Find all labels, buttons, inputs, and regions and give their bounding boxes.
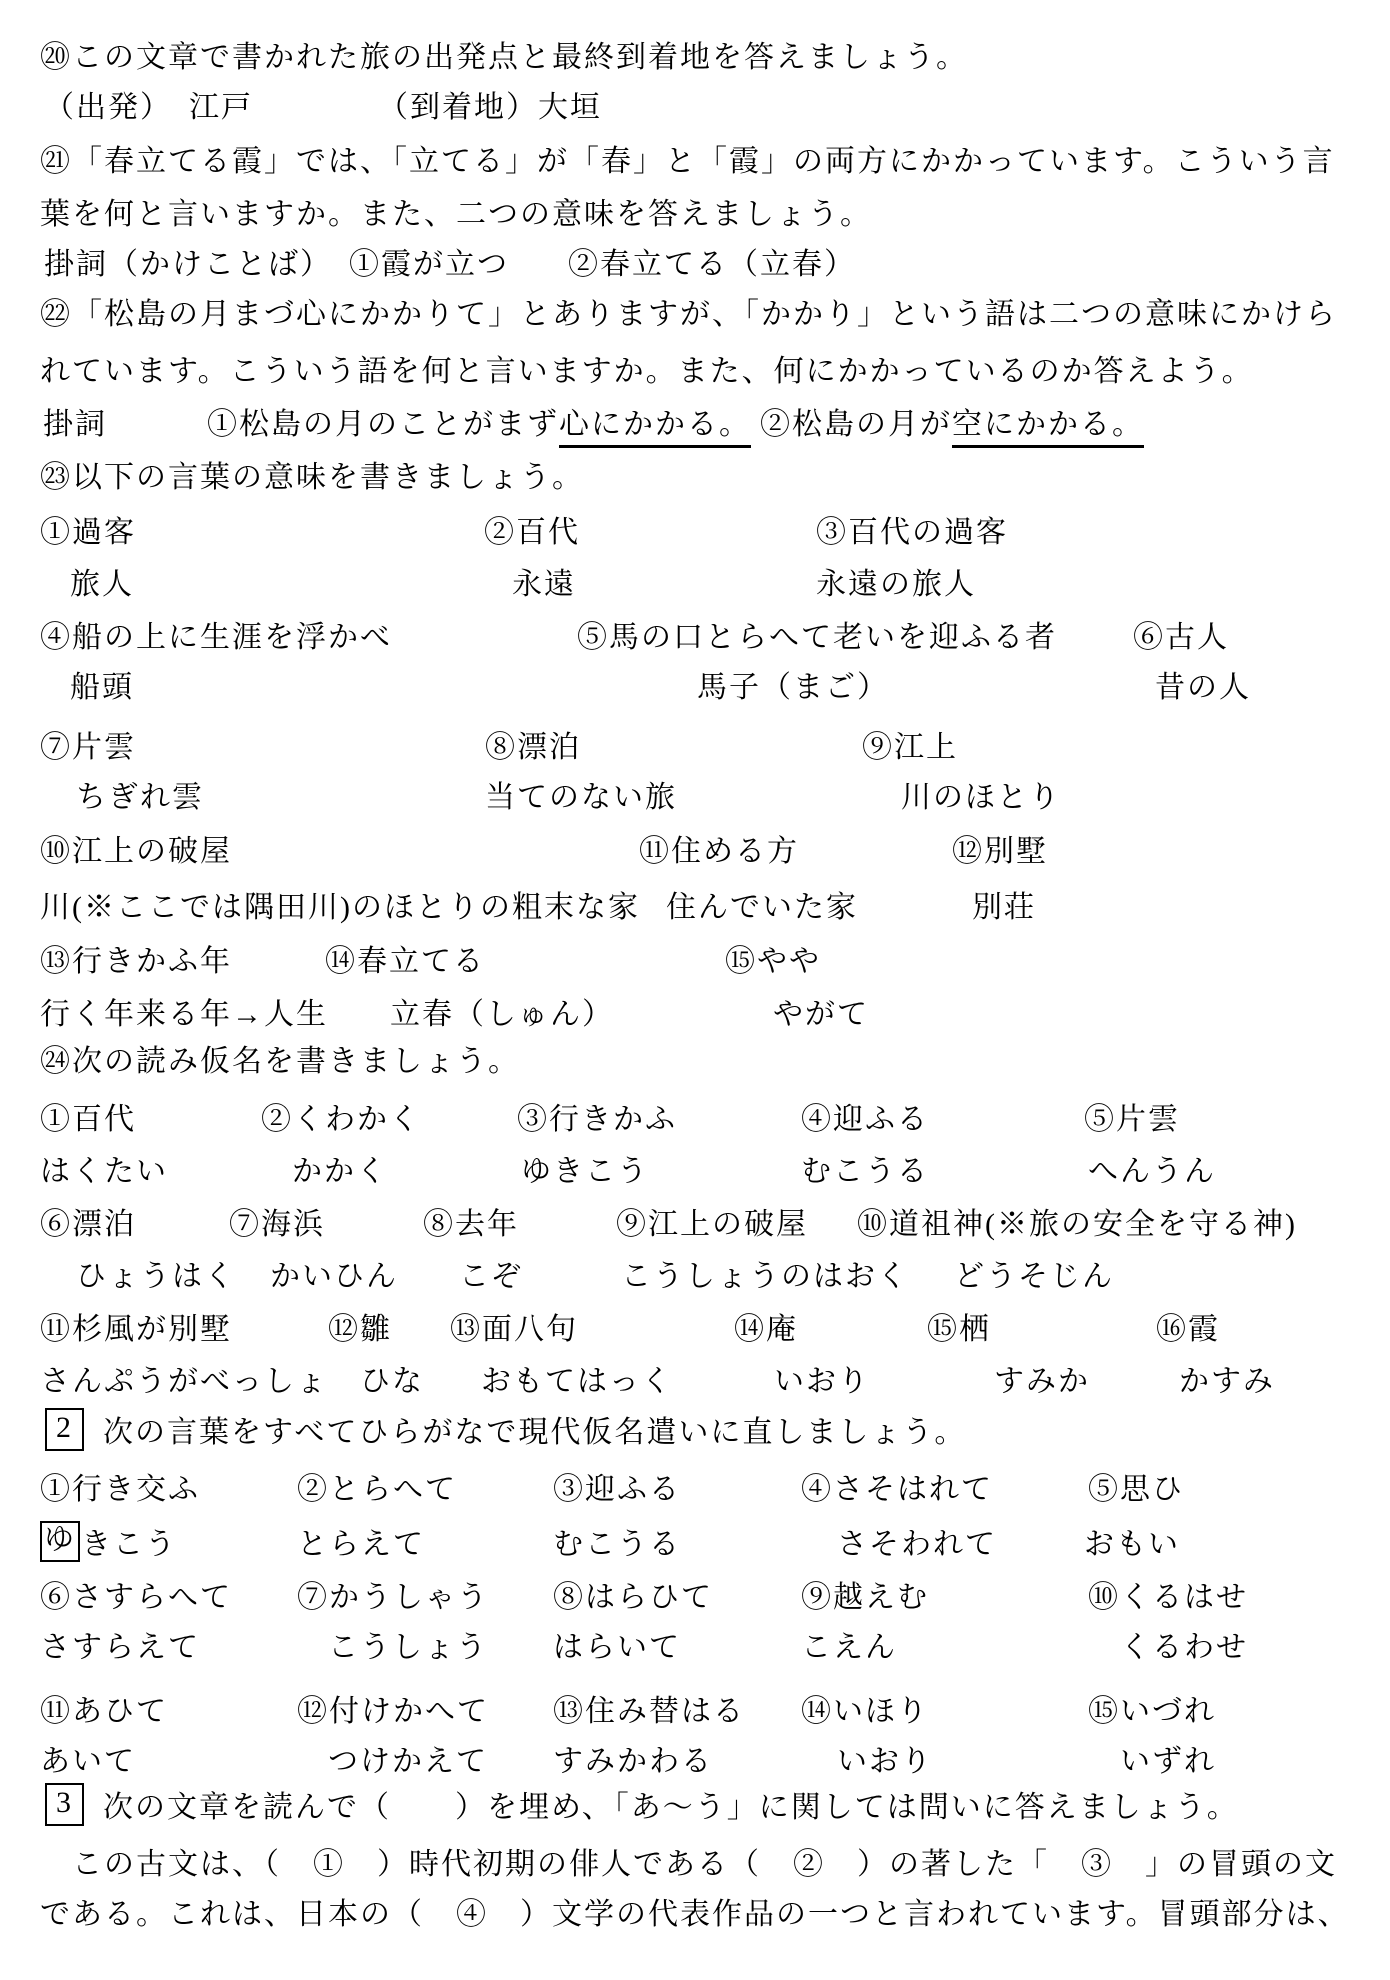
- text-run: きこう: [81, 1528, 177, 1561]
- text-segment: ㉔次の読み仮名を書きましょう。: [40, 1043, 520, 1081]
- text-segment: ⑭春立てる: [325, 943, 485, 981]
- text-run: ㉔次の読み仮名を書きましょう。: [40, 1045, 520, 1078]
- text-run: ⑦かうしゃう: [297, 1581, 489, 1614]
- text-run: 掛詞: [43, 408, 107, 441]
- text-run: さそわれて: [837, 1528, 997, 1561]
- text-run: おもてはっく: [481, 1365, 673, 1398]
- document-line-30: ⑥さすらへて⑦かうしゃう⑧はらひて⑨越えむ⑩くるはせ: [0, 1579, 1390, 1625]
- text-run: ③行きかふ: [517, 1103, 677, 1136]
- boxed-character: ゆ: [40, 1521, 80, 1562]
- document-line-13: 船頭馬子（まご）昔の人: [0, 669, 1390, 715]
- text-segment: ⑫別墅: [952, 833, 1048, 871]
- text-segment: 行く年来る年→人生: [40, 996, 328, 1034]
- text-segment: やがて: [773, 996, 869, 1034]
- document-line-6: ㉒「松島の月まづ心にかかりて」とありますが、「かかり」という語は二つの意味にかけ…: [0, 296, 1390, 342]
- document-line-9: ㉓以下の言葉の意味を書きましょう。: [0, 459, 1390, 505]
- text-segment: いおり: [837, 1743, 933, 1781]
- document-line-33: あいてつけかえてすみかわるいおりいずれ: [0, 1743, 1390, 1789]
- text-segment: 立春（しゅん）: [390, 996, 614, 1034]
- text-segment: ⑮いづれ: [1088, 1693, 1216, 1731]
- document-line-19: 行く年来る年→人生立春（しゅん）やがて: [0, 996, 1390, 1042]
- text-segment: 船頭: [70, 669, 134, 707]
- text-segment: ⑬住み替はる: [553, 1693, 745, 1731]
- document-line-2: （出発） 江戸（到着地）大垣: [0, 89, 1390, 135]
- text-segment: ③行きかふ: [517, 1101, 677, 1139]
- text-run: こぞ: [459, 1260, 523, 1293]
- text-segment: こぞ: [459, 1258, 523, 1296]
- text-run: ③百代の過客: [816, 516, 1008, 549]
- text-segment: かかく: [292, 1153, 388, 1191]
- text-run: かいひん: [270, 1260, 398, 1293]
- text-segment: ⑫雛: [328, 1311, 392, 1349]
- text-segment: （到着地）大垣: [378, 89, 602, 127]
- text-segment: かすみ: [1179, 1363, 1275, 1401]
- text-run: あいて: [40, 1745, 136, 1778]
- text-run: ⑨江上: [862, 731, 958, 764]
- text-run: 行く年来る年→人生: [40, 998, 328, 1031]
- text-segment: ちぎれ雲: [76, 779, 204, 817]
- text-run: ①行き交ふ: [40, 1473, 200, 1506]
- text-run: ②とらへて: [297, 1473, 457, 1506]
- text-run: ⑬行きかふ年: [40, 945, 232, 978]
- text-run: どうそじん: [954, 1260, 1114, 1293]
- text-segment: ⑥さすらへて: [40, 1579, 232, 1617]
- text-run: 当てのない旅: [485, 781, 677, 814]
- text-segment: ⑬行きかふ年: [40, 943, 232, 981]
- text-run: 次の言葉をすべてひらがなで現代仮名遣いに直しましょう。: [103, 1416, 966, 1449]
- text-run: ①霞が立つ: [349, 248, 509, 281]
- text-run: ⑭いほり: [801, 1695, 929, 1728]
- text-run: ⑮やや: [725, 945, 821, 978]
- text-segment: ⑤片雲: [1084, 1101, 1180, 1139]
- text-segment: 昔の人: [1155, 669, 1251, 707]
- text-run: むこうる: [553, 1528, 681, 1561]
- text-segment: ①過客: [40, 514, 136, 552]
- text-segment: ⑳この文章で書かれた旅の出発点と最終到着地を答えましょう。: [40, 39, 968, 77]
- text-run: ⑮栖: [927, 1313, 991, 1346]
- text-segment: ⑮栖: [927, 1311, 991, 1349]
- document-line-14: ⑦片雲⑧漂泊⑨江上: [0, 729, 1390, 775]
- text-segment: ④船の上に生涯を浮かべ: [40, 619, 392, 657]
- text-run: いおり: [837, 1745, 933, 1778]
- text-segment: 永遠: [512, 566, 576, 604]
- text-segment: ③百代の過客: [816, 514, 1008, 552]
- text-run: ④さそはれて: [801, 1473, 993, 1506]
- text-segment: いおり: [774, 1363, 870, 1401]
- text-run: 葉を何と言いますか。また、二つの意味を答えましょう。: [40, 198, 872, 231]
- text-run: ⑩くるはせ: [1088, 1581, 1248, 1614]
- document-line-21: ①百代②くわかく③行きかふ④迎ふる⑤片雲: [0, 1101, 1390, 1147]
- text-segment: むこうる: [553, 1526, 681, 1564]
- text-run: れています。こういう語を何と言いますか。また、何にかかっているのか答えよう。: [40, 355, 1254, 388]
- text-segment: ⑩江上の破屋: [40, 833, 232, 871]
- text-run: くるわせ: [1120, 1631, 1248, 1664]
- text-segment: つけかえて: [328, 1743, 488, 1781]
- text-segment: ㉒「松島の月まづ心にかかりて」とありますが、「かかり」という語は二つの意味にかけ…: [40, 296, 1337, 334]
- text-segment: ⑭いほり: [801, 1693, 929, 1731]
- text-run: である。これは、日本の（ ④ ）文学の代表作品の一つと言われています。冒頭部分は…: [40, 1898, 1350, 1931]
- text-segment: ⑦かうしゃう: [297, 1579, 489, 1617]
- text-segment: ②百代: [484, 514, 580, 552]
- text-run: （出発） 江戸: [44, 91, 253, 124]
- text-run: ゆきこう: [521, 1155, 649, 1188]
- text-run: むこうる: [801, 1155, 929, 1188]
- text-run: 旅人: [70, 568, 134, 601]
- text-segment: こえん: [801, 1629, 897, 1667]
- text-segment: こうしょうのはおく: [621, 1258, 909, 1296]
- text-segment: ひな: [360, 1363, 424, 1401]
- text-run: ひな: [360, 1365, 424, 1398]
- text-run: 永遠の旅人: [816, 568, 976, 601]
- text-segment: ⑦海浜: [229, 1206, 325, 1244]
- text-segment: くるわせ: [1120, 1629, 1248, 1667]
- text-segment: ⑦片雲: [40, 729, 136, 767]
- text-run: ⑫付けかへて: [297, 1695, 489, 1728]
- text-run: ①過客: [40, 516, 136, 549]
- text-run: ⑥漂泊: [40, 1208, 136, 1241]
- text-run: ②春立てる（立春）: [568, 248, 856, 281]
- text-segment: ⑨江上の破屋: [616, 1206, 808, 1244]
- document-line-1: ⑳この文章で書かれた旅の出発点と最終到着地を答えましょう。: [0, 39, 1390, 85]
- text-segment: はらいて: [553, 1629, 681, 1667]
- text-run: いずれ: [1120, 1745, 1216, 1778]
- section-number: 3: [45, 1783, 84, 1826]
- text-segment: どうそじん: [954, 1258, 1114, 1296]
- section-number-box: 2: [45, 1414, 84, 1457]
- text-run: 船頭: [70, 671, 134, 704]
- text-segment: ⑨越えむ: [801, 1579, 929, 1617]
- text-run: ⑦片雲: [40, 731, 136, 764]
- text-segment: ゆきこう: [521, 1153, 649, 1191]
- text-segment: ⑮やや: [725, 943, 821, 981]
- text-segment: ⑪住める方: [639, 833, 799, 871]
- text-run: ⑨江上の破屋: [616, 1208, 808, 1241]
- text-run: ⑪杉風が別墅: [40, 1313, 232, 1346]
- text-run: はらいて: [553, 1631, 681, 1664]
- text-segment: ④迎ふる: [801, 1101, 929, 1139]
- document-line-34: 3次の文章を読んで（ ）を埋め、「あ～う」に関しては問いに答えましょう。: [0, 1789, 1390, 1835]
- document-line-27: 2次の言葉をすべてひらがなで現代仮名遣いに直しましょう。: [0, 1414, 1390, 1460]
- document-line-26: さんぷうがべっしょひなおもてはっくいおりすみかかすみ: [0, 1363, 1390, 1409]
- text-run: 別荘: [972, 891, 1036, 924]
- text-segment: ㉑「春立てる霞」では、「立てる」が「春」と「霞」の両方にかかっています。こういう…: [40, 143, 1335, 181]
- text-run: 住んでいた家: [666, 891, 858, 924]
- text-segment: ⑪あひて: [40, 1693, 168, 1731]
- text-run: ちぎれ雲: [76, 781, 204, 814]
- text-run: ㉓以下の言葉の意味を書きましょう。: [40, 461, 584, 494]
- text-segment: さすらえて: [40, 1629, 200, 1667]
- text-run: ①松島の月のことがまず: [207, 408, 559, 441]
- underlined-text: 心にかかる。: [559, 408, 751, 448]
- text-run: いおり: [774, 1365, 870, 1398]
- document-line-5: 掛詞（かけことば）①霞が立つ②春立てる（立春）: [0, 246, 1390, 292]
- text-segment: ①百代: [40, 1101, 136, 1139]
- worksheet-page: ⑳この文章で書かれた旅の出発点と最終到着地を答えましょう。（出発） 江戸（到着地…: [0, 0, 1390, 1980]
- text-run: つけかえて: [328, 1745, 488, 1778]
- document-line-31: さすらえてこうしょうはらいてこえんくるわせ: [0, 1629, 1390, 1675]
- text-segment: である。これは、日本の（ ④ ）文学の代表作品の一つと言われています。冒頭部分は…: [40, 1896, 1350, 1934]
- text-run: さんぷうがべっしょ: [40, 1365, 328, 1398]
- text-run: 昔の人: [1155, 671, 1251, 704]
- text-run: ⑳この文章で書かれた旅の出発点と最終到着地を答えましょう。: [40, 41, 968, 74]
- document-line-35: この古文は、（ ① ）時代初期の俳人である（ ② ）の著した「 ③ 」の冒頭の文: [0, 1846, 1390, 1892]
- text-segment: 掛詞: [43, 406, 107, 444]
- text-segment: はくたい: [40, 1153, 168, 1191]
- text-run: 次の文章を読んで（ ）を埋め、「あ～う」に関しては問いに答えましょう。: [103, 1791, 1239, 1824]
- text-run: こうしょう: [328, 1631, 488, 1664]
- text-segment: 旅人: [70, 566, 134, 604]
- underlined-text: 空にかかる。: [952, 408, 1144, 448]
- text-run: さすらえて: [40, 1631, 200, 1664]
- document-line-28: ①行き交ふ②とらへて③迎ふる④さそはれて⑤思ひ: [0, 1471, 1390, 1517]
- text-run: ⑭春立てる: [325, 945, 485, 978]
- document-line-17: 川(※ここでは隅田川)のほとりの粗末な家住んでいた家別荘: [0, 889, 1390, 935]
- text-segment: 別荘: [972, 889, 1036, 927]
- text-run: ⑬面八句: [450, 1313, 578, 1346]
- text-segment: 葉を何と言いますか。また、二つの意味を答えましょう。: [40, 196, 872, 234]
- text-segment: 馬子（まご）: [697, 669, 889, 707]
- text-run: （到着地）大垣: [378, 91, 602, 124]
- text-segment: すみか: [994, 1363, 1090, 1401]
- text-run: ⑯霞: [1156, 1313, 1220, 1346]
- section-number-box: 3: [45, 1789, 84, 1832]
- text-run: ①百代: [40, 1103, 136, 1136]
- text-run: やがて: [773, 998, 869, 1031]
- text-segment: ④さそはれて: [801, 1471, 993, 1509]
- document-line-20: ㉔次の読み仮名を書きましょう。: [0, 1043, 1390, 1089]
- text-segment: 掛詞（かけことば）: [44, 246, 332, 284]
- text-segment: ⑧漂泊: [485, 729, 581, 767]
- text-segment: 川(※ここでは隅田川)のほとりの粗末な家: [40, 889, 640, 927]
- text-segment: ⑩くるはせ: [1088, 1579, 1248, 1617]
- text-run: ⑦海浜: [229, 1208, 325, 1241]
- text-run: すみかわる: [553, 1745, 713, 1778]
- text-segment: あいて: [40, 1743, 136, 1781]
- text-segment: ③迎ふる: [553, 1471, 681, 1509]
- answer-with-underline: ①松島の月のことがまず心にかかる。: [207, 406, 751, 444]
- document-line-8: 掛詞①松島の月のことがまず心にかかる。②松島の月が空にかかる。: [0, 406, 1390, 452]
- text-run: ⑩道祖神(※旅の安全を守る神): [857, 1208, 1297, 1241]
- text-segment: ⑥漂泊: [40, 1206, 136, 1244]
- section-number: 2: [45, 1408, 84, 1451]
- text-run: ⑤思ひ: [1088, 1473, 1184, 1506]
- text-run: ④迎ふる: [801, 1103, 929, 1136]
- document-line-32: ⑪あひて⑫付けかへて⑬住み替はる⑭いほり⑮いづれ: [0, 1693, 1390, 1739]
- text-segment: （出発） 江戸: [44, 89, 253, 127]
- document-line-18: ⑬行きかふ年⑭春立てる⑮やや: [0, 943, 1390, 989]
- text-segment: ②春立てる（立春）: [568, 246, 856, 284]
- text-segment: ⑩道祖神(※旅の安全を守る神): [857, 1206, 1297, 1244]
- text-segment: こうしょう: [328, 1629, 488, 1667]
- document-line-4: 葉を何と言いますか。また、二つの意味を答えましょう。: [0, 196, 1390, 242]
- text-run: へんうん: [1088, 1155, 1216, 1188]
- text-segment: 永遠の旅人: [816, 566, 976, 604]
- text-segment: ①行き交ふ: [40, 1471, 200, 1509]
- text-run: おもい: [1084, 1528, 1180, 1561]
- document-line-25: ⑪杉風が別墅⑫雛⑬面八句⑭庵⑮栖⑯霞: [0, 1311, 1390, 1357]
- text-segment: 川のほとり: [901, 779, 1061, 817]
- text-run: ⑧去年: [423, 1208, 519, 1241]
- text-segment: ⑫付けかへて: [297, 1693, 489, 1731]
- text-segment: ①霞が立つ: [349, 246, 509, 284]
- text-run: ⑭庵: [734, 1313, 798, 1346]
- text-run: ⑥古人: [1133, 621, 1229, 654]
- text-run: ㉒「松島の月まづ心にかかりて」とありますが、「かかり」という語は二つの意味にかけ…: [40, 298, 1337, 331]
- document-line-7: れています。こういう語を何と言いますか。また、何にかかっているのか答えよう。: [0, 353, 1390, 399]
- text-segment: ②とらへて: [297, 1471, 457, 1509]
- text-segment: ⑯霞: [1156, 1311, 1220, 1349]
- document-line-29: ゆきこうとらえてむこうるさそわれておもい: [0, 1526, 1390, 1572]
- text-segment: かいひん: [270, 1258, 398, 1296]
- document-line-22: はくたいかかくゆきこうむこうるへんうん: [0, 1153, 1390, 1199]
- text-segment: ⑤思ひ: [1088, 1471, 1184, 1509]
- text-segment: すみかわる: [553, 1743, 713, 1781]
- boxed-char-segment: ゆきこう: [40, 1526, 177, 1567]
- text-run: かかく: [292, 1155, 388, 1188]
- text-run: ④船の上に生涯を浮かべ: [40, 621, 392, 654]
- text-segment: この古文は、（ ① ）時代初期の俳人である（ ② ）の著した「 ③ 」の冒頭の文: [72, 1846, 1337, 1884]
- text-run: 川(※ここでは隅田川)のほとりの粗末な家: [40, 891, 640, 924]
- text-segment: とらえて: [297, 1526, 425, 1564]
- text-run: はくたい: [40, 1155, 168, 1188]
- text-run: ひょうはく: [76, 1260, 236, 1293]
- text-segment: さそわれて: [837, 1526, 997, 1564]
- text-run: ⑧はらひて: [553, 1581, 713, 1614]
- text-run: ⑧漂泊: [485, 731, 581, 764]
- text-segment: ⑪杉風が別墅: [40, 1311, 232, 1349]
- text-segment: ⑬面八句: [450, 1311, 578, 1349]
- text-segment: むこうる: [801, 1153, 929, 1191]
- document-line-3: ㉑「春立てる霞」では、「立てる」が「春」と「霞」の両方にかかっています。こういう…: [0, 143, 1390, 189]
- text-run: 永遠: [512, 568, 576, 601]
- text-run: ⑫別墅: [952, 835, 1048, 868]
- text-run: ⑪あひて: [40, 1695, 168, 1728]
- text-run: ⑪住める方: [639, 835, 799, 868]
- text-segment: ⑧はらひて: [553, 1579, 713, 1617]
- text-run: こえん: [801, 1631, 897, 1664]
- text-run: ⑤馬の口とらへて老いを迎ふる者: [577, 621, 1057, 654]
- document-line-23: ⑥漂泊⑦海浜⑧去年⑨江上の破屋⑩道祖神(※旅の安全を守る神): [0, 1206, 1390, 1252]
- text-run: ②百代: [484, 516, 580, 549]
- text-segment: 当てのない旅: [485, 779, 677, 817]
- text-run: ⑤片雲: [1084, 1103, 1180, 1136]
- text-run: この古文は、（ ① ）時代初期の俳人である（ ② ）の著した「 ③ 」の冒頭の文: [72, 1848, 1337, 1881]
- document-line-16: ⑩江上の破屋⑪住める方⑫別墅: [0, 833, 1390, 879]
- text-run: ③迎ふる: [553, 1473, 681, 1506]
- text-segment: さんぷうがべっしょ: [40, 1363, 328, 1401]
- text-run: こうしょうのはおく: [621, 1260, 909, 1293]
- document-line-36: である。これは、日本の（ ④ ）文学の代表作品の一つと言われています。冒頭部分は…: [0, 1896, 1390, 1942]
- document-line-11: 旅人永遠永遠の旅人: [0, 566, 1390, 612]
- text-run: ⑩江上の破屋: [40, 835, 232, 868]
- text-run: 立春（しゅん）: [390, 998, 614, 1031]
- text-run: かすみ: [1179, 1365, 1275, 1398]
- text-run: 川のほとり: [901, 781, 1061, 814]
- document-line-10: ①過客②百代③百代の過客: [0, 514, 1390, 560]
- text-run: ⑮いづれ: [1088, 1695, 1216, 1728]
- text-segment: 次の文章を読んで（ ）を埋め、「あ～う」に関しては問いに答えましょう。: [103, 1789, 1239, 1827]
- text-run: ⑫雛: [328, 1313, 392, 1346]
- text-segment: 次の言葉をすべてひらがなで現代仮名遣いに直しましょう。: [103, 1414, 966, 1452]
- text-segment: れています。こういう語を何と言いますか。また、何にかかっているのか答えよう。: [40, 353, 1254, 391]
- text-segment: ②くわかく: [261, 1101, 421, 1139]
- text-run: ⑬住み替はる: [553, 1695, 745, 1728]
- text-segment: ⑨江上: [862, 729, 958, 767]
- text-segment: ⑧去年: [423, 1206, 519, 1244]
- text-segment: ⑥古人: [1133, 619, 1229, 657]
- document-line-12: ④船の上に生涯を浮かべ⑤馬の口とらへて老いを迎ふる者⑥古人: [0, 619, 1390, 665]
- answer-with-underline: ②松島の月が空にかかる。: [760, 406, 1144, 444]
- text-segment: ⑤馬の口とらへて老いを迎ふる者: [577, 619, 1057, 657]
- document-line-24: ひょうはくかいひんこぞこうしょうのはおくどうそじん: [0, 1258, 1390, 1304]
- text-run: 馬子（まご）: [697, 671, 889, 704]
- text-segment: へんうん: [1088, 1153, 1216, 1191]
- text-segment: おもい: [1084, 1526, 1180, 1564]
- text-segment: ひょうはく: [76, 1258, 236, 1296]
- text-run: すみか: [994, 1365, 1090, 1398]
- text-run: ②松島の月が: [760, 408, 952, 441]
- text-segment: いずれ: [1120, 1743, 1216, 1781]
- text-segment: ㉓以下の言葉の意味を書きましょう。: [40, 459, 584, 497]
- text-run: とらえて: [297, 1528, 425, 1561]
- text-segment: 住んでいた家: [666, 889, 858, 927]
- text-run: 掛詞（かけことば）: [44, 248, 332, 281]
- text-segment: ⑭庵: [734, 1311, 798, 1349]
- text-run: ②くわかく: [261, 1103, 421, 1136]
- text-run: ㉑「春立てる霞」では、「立てる」が「春」と「霞」の両方にかかっています。こういう…: [40, 145, 1335, 178]
- text-segment: おもてはっく: [481, 1363, 673, 1401]
- document-line-15: ちぎれ雲当てのない旅川のほとり: [0, 779, 1390, 825]
- text-run: ⑥さすらへて: [40, 1581, 232, 1614]
- text-run: ⑨越えむ: [801, 1581, 929, 1614]
